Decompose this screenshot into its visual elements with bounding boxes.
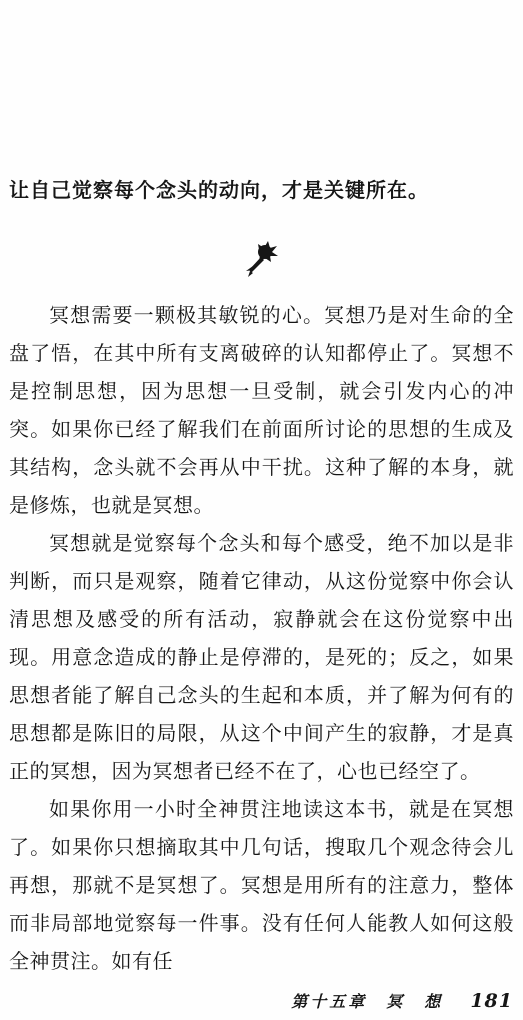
page-footer: 第十五章 冥 想 181 [291, 989, 513, 1012]
page-number: 181 [470, 990, 513, 1012]
paragraph: 冥想需要一颗极其敏锐的心。冥想乃是对生命的全盘了悟，在其中所有支离破碎的认知都停… [9, 296, 514, 524]
chapter-reference: 第十五章 冥 想 [291, 992, 443, 1011]
body-text: 冥想需要一颗极其敏锐的心。冥想乃是对生命的全盘了悟，在其中所有支离破碎的认知都停… [9, 296, 514, 980]
paragraph: 如果你用一小时全神贯注地读这本书，就是在冥想了。如果你只想摘取其中几句话，搜取几… [9, 790, 514, 980]
paragraph: 冥想就是觉察每个念头和每个感受，绝不加以是非判断，而只是观察，随着它律动，从这份… [9, 524, 514, 790]
flower-ornament-icon [244, 263, 280, 282]
opening-line: 让自己觉察每个念头的动向，才是关键所在。 [9, 176, 514, 204]
ornament-row [0, 240, 523, 282]
book-page: 让自己觉察每个念头的动向，才是关键所在。 冥想需要一颗极其敏锐的心。冥想乃是对生… [0, 0, 523, 1020]
